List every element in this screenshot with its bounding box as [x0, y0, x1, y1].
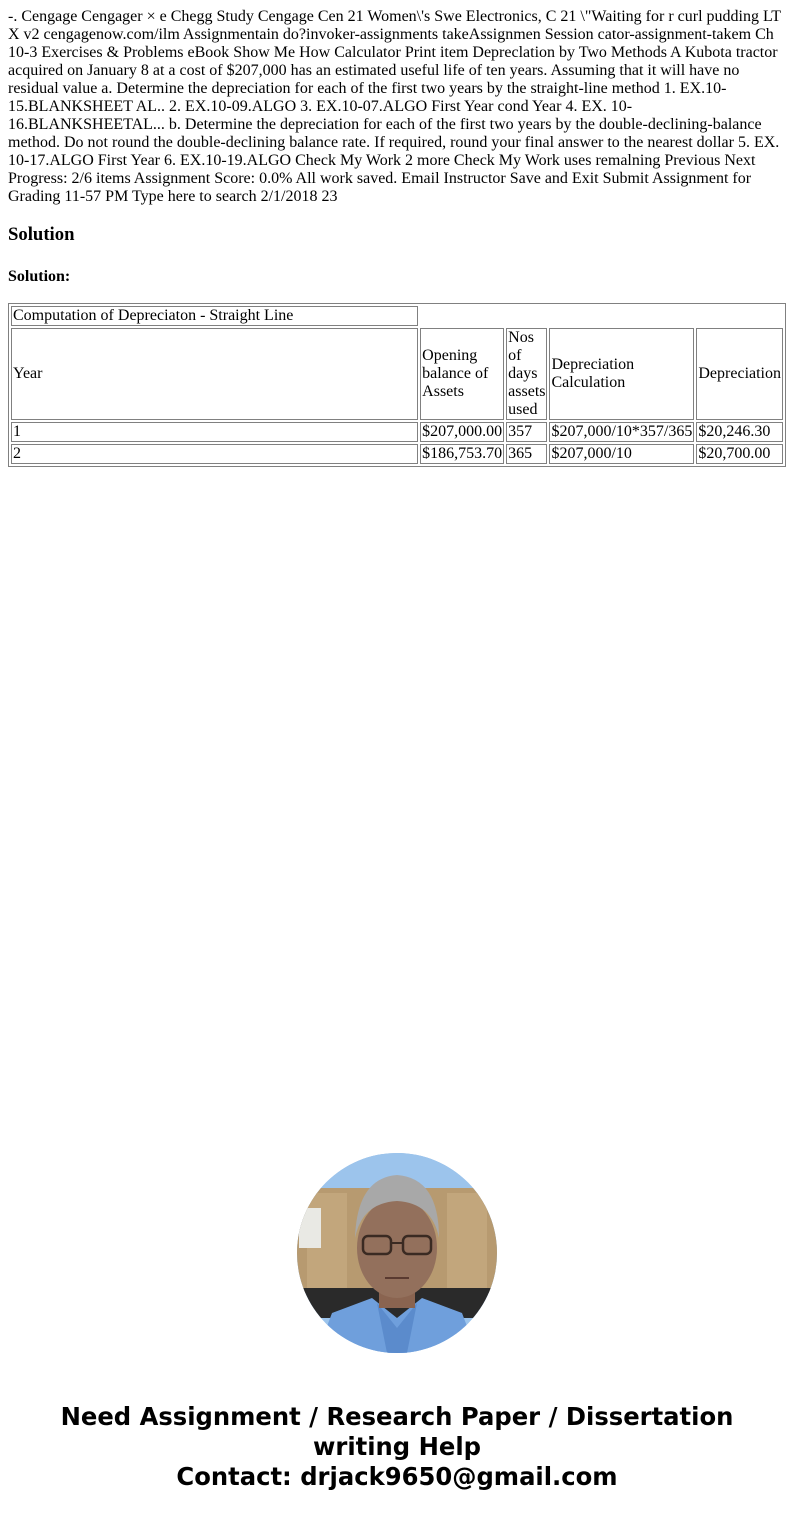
cell-year: 2: [11, 444, 418, 464]
blank-cell: [420, 306, 783, 326]
table-caption-row: Computation of Depreciaton - Straight Li…: [11, 306, 783, 326]
table-row: 1 $207,000.00 357 $207,000/10*357/365 $2…: [11, 422, 783, 442]
table-caption: Computation of Depreciaton - Straight Li…: [11, 306, 418, 326]
cell-opening-balance: $186,753.70: [420, 444, 504, 464]
question-text: -. Cengage Cengager × e Chegg Study Ceng…: [8, 8, 786, 206]
footer-line-2: writing Help: [12, 1432, 782, 1462]
footer-line-1: Need Assignment / Research Paper / Disse…: [12, 1402, 782, 1432]
header-depreciation-calculation: Depreciation Calculation: [549, 328, 694, 420]
cell-depreciation-calculation: $207,000/10*357/365: [549, 422, 694, 442]
contact-footer: Need Assignment / Research Paper / Disse…: [12, 1402, 782, 1492]
cell-opening-balance: $207,000.00: [420, 422, 504, 442]
author-photo-icon: [297, 1153, 497, 1353]
header-year: Year: [11, 328, 418, 420]
page-content: -. Cengage Cengager × e Chegg Study Ceng…: [0, 0, 794, 467]
header-days-used: Nos of days assets used: [506, 328, 547, 420]
depreciation-table: Computation of Depreciaton - Straight Li…: [8, 303, 786, 467]
footer-contact-email: Contact: drjack9650@gmail.com: [12, 1462, 782, 1492]
cell-depreciation: $20,246.30: [696, 422, 783, 442]
cell-days-used: 365: [506, 444, 547, 464]
cell-depreciation: $20,700.00: [696, 444, 783, 464]
portrait-icon: [297, 1153, 497, 1353]
solution-subheading: Solution:: [8, 267, 786, 286]
cell-days-used: 357: [506, 422, 547, 442]
header-depreciation: Depreciation: [696, 328, 783, 420]
header-opening-balance: Opening balance of Assets: [420, 328, 504, 420]
table-header-row: Year Opening balance of Assets Nos of da…: [11, 328, 783, 420]
cell-depreciation-calculation: $207,000/10: [549, 444, 694, 464]
table-row: 2 $186,753.70 365 $207,000/10 $20,700.00: [11, 444, 783, 464]
cell-year: 1: [11, 422, 418, 442]
solution-heading: Solution: [8, 224, 786, 246]
